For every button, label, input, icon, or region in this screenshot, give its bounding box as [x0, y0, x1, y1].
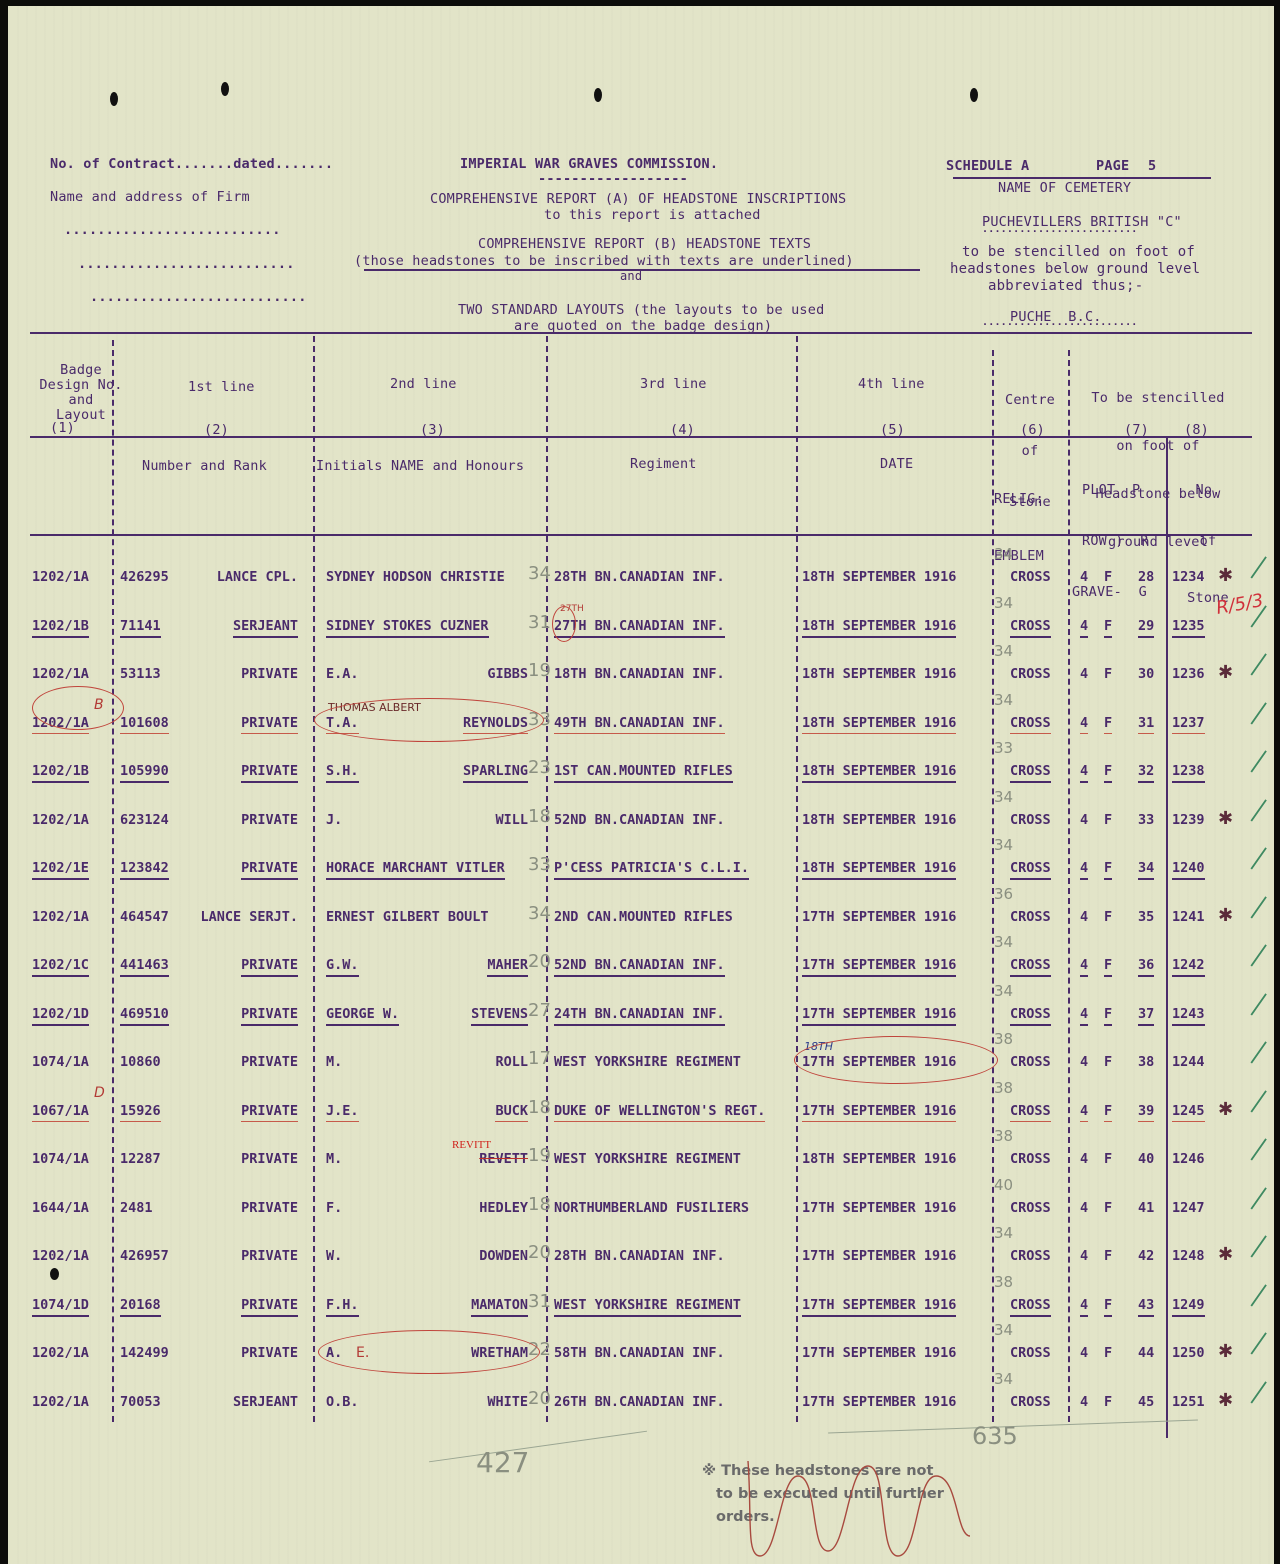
ring-name-row4 [314, 698, 544, 742]
pencil-emblem-note: 38 [994, 1079, 1013, 1097]
pencil-note: 17 [528, 1048, 551, 1069]
cell-regiment: WEST YORKSHIRE REGIMENT [554, 1297, 741, 1317]
cell-stone: 1239 [1172, 812, 1205, 828]
stencil-note-1: to be stencilled on foot of [962, 244, 1195, 260]
cell-regiment: 27TH BN.CANADIAN INF. [554, 618, 725, 638]
layouts-line1: TWO STANDARD LAYOUTS (the layouts to be … [458, 302, 824, 318]
cell-date: 17TH SEPTEMBER 1916 [802, 1248, 956, 1264]
cell-initials: W. [326, 1248, 342, 1264]
cell-regiment: 58TH BN.CANADIAN INF. [554, 1345, 725, 1361]
table-row: 1202/1A101608PRIVATET.A.REYNOLDS49TH BN.… [8, 715, 1274, 745]
cell-badge: 1074/1A [32, 1054, 89, 1070]
table-row: 1202/1E123842PRIVATEHORACE MARCHANT VITL… [8, 860, 1274, 890]
star-mark-icon: ✱ [1218, 1099, 1233, 1120]
cell-plot: 4 [1080, 957, 1088, 977]
cell-row: F [1104, 1297, 1112, 1317]
cell-number: 426957 [120, 1248, 169, 1264]
table-row: 1074/1A10860PRIVATEM.ROLLWEST YORKSHIRE … [8, 1054, 1274, 1084]
cell-date: 17TH SEPTEMBER 1916 [802, 1345, 956, 1361]
cell-rank: PRIVATE [241, 1054, 298, 1070]
cell-regiment: P'CESS PATRICIA'S C.L.I. [554, 860, 749, 880]
cell-badge: 1202/1A [32, 666, 89, 682]
cell-rank: PRIVATE [241, 1151, 298, 1167]
cell-plot: 4 [1080, 1248, 1088, 1264]
pencil-emblem-note: 40 [994, 1176, 1013, 1194]
cell-emblem: CROSS [1010, 1345, 1051, 1361]
pencil-emblem-note: 33 [994, 739, 1013, 757]
cell-plot: 4 [1080, 1345, 1088, 1361]
cell-badge: 1644/1A [32, 1200, 89, 1216]
cell-grave: 37 [1138, 1006, 1154, 1026]
cell-stone: 1250 [1172, 1345, 1205, 1361]
cell-plot: 4 [1080, 1200, 1088, 1216]
cell-badge: 1202/1B [32, 763, 89, 783]
pencil-emblem-note: 34 [994, 1321, 1013, 1339]
cell-row: F [1104, 860, 1112, 880]
pencil-emblem-note: 34 [994, 594, 1013, 612]
pencil-emblem-note: 34 [994, 836, 1013, 854]
pencil-emblem-note: 38 [994, 1127, 1013, 1145]
cell-date: 17TH SEPTEMBER 1916 [802, 1103, 956, 1122]
pencil-note: 19 [528, 660, 551, 681]
cell-date: 18TH SEPTEMBER 1916 [802, 1151, 956, 1167]
cell-initials: SYDNEY HODSON CHRISTIE [326, 569, 505, 585]
cell-number: 623124 [120, 812, 169, 828]
col5-title: 4th line [858, 376, 925, 392]
pencil-emblem-note: 34 [994, 1224, 1013, 1242]
commission-title: IMPERIAL WAR GRAVES COMMISSION. [460, 156, 840, 172]
cell-row: F [1104, 1006, 1112, 1026]
cell-stone: 1245 [1172, 1103, 1205, 1122]
cell-emblem: CROSS [1010, 1200, 1051, 1216]
cell-number: 71141 [120, 618, 161, 638]
cell-row: F [1104, 569, 1112, 585]
ring-badge-row4 [32, 686, 124, 730]
cell-plot: 4 [1080, 715, 1088, 734]
cell-surname: MAHER [487, 957, 528, 977]
cell-rank: PRIVATE [241, 1248, 298, 1264]
pencil-emblem-note: 34 [994, 691, 1013, 709]
cell-initials: SIDNEY STOKES CUZNER [326, 618, 489, 638]
cell-plot: 4 [1080, 763, 1088, 783]
punch-hole [970, 88, 978, 102]
stencil-note-2: headstones below ground level [950, 261, 1200, 277]
cell-badge: 1067/1A [32, 1103, 89, 1122]
cell-badge: 1202/1B [32, 618, 89, 638]
table-row: 1644/1A2481PRIVATEF.HEDLEYNORTHUMBERLAND… [8, 1200, 1274, 1230]
cell-plot: 4 [1080, 618, 1088, 638]
ring-27th [552, 606, 576, 642]
cell-rank: PRIVATE [241, 1200, 298, 1216]
cell-emblem: CROSS [1010, 957, 1051, 977]
pencil-emblem-note: 38 [994, 1030, 1013, 1048]
cell-badge: 1202/1A [32, 1248, 89, 1264]
star-mark-icon: ✱ [1218, 565, 1233, 586]
cell-stone: 1251 [1172, 1394, 1205, 1410]
and-word: and [620, 269, 642, 283]
cell-initials: M. [326, 1151, 342, 1167]
star-mark-icon: ✱ [1218, 808, 1233, 829]
cell-initials: S.H. [326, 763, 359, 783]
contract-line: No. of Contract.......dated....... [50, 156, 333, 172]
cell-badge: 1074/1A [32, 1151, 89, 1167]
cell-regiment: WEST YORKSHIRE REGIMENT [554, 1054, 741, 1070]
cell-grave: 39 [1138, 1103, 1154, 1122]
abbreviation-dots: ......................... [982, 317, 1138, 328]
cell-row: F [1104, 1248, 1112, 1264]
cell-surname: GIBBS [487, 666, 528, 682]
cell-stone: 1248 [1172, 1248, 1205, 1264]
pencil-emblem-note: 34 [994, 545, 1013, 563]
cell-regiment: 2ND CAN.MOUNTED RIFLES [554, 909, 733, 925]
cell-plot: 4 [1080, 1054, 1088, 1070]
cell-surname: SPARLING [463, 763, 528, 783]
cell-row: F [1104, 957, 1112, 977]
cell-grave: 30 [1138, 666, 1154, 682]
schedule-label: SCHEDULE A [946, 158, 1029, 174]
cell-row: F [1104, 1394, 1112, 1410]
cell-date: 18TH SEPTEMBER 1916 [802, 715, 956, 734]
cell-badge: 1202/1D [32, 1006, 89, 1026]
cell-emblem: CROSS [1010, 1054, 1051, 1070]
pencil-note: 20 [528, 1388, 551, 1409]
cell-plot: 4 [1080, 1151, 1088, 1167]
table-top-rule [30, 332, 1252, 334]
pencil-note: 18 [528, 806, 551, 827]
cell-regiment: NORTHUMBERLAND FUSILIERS [554, 1200, 749, 1216]
badge-correction: D [94, 1085, 105, 1101]
cell-rank: PRIVATE [241, 957, 298, 977]
cell-regiment: 52ND BN.CANADIAN INF. [554, 957, 725, 977]
col3-number: (3) [420, 422, 445, 438]
pencil-total-right: 635 [972, 1422, 1018, 1450]
cell-initials: E.A. [326, 666, 359, 682]
cell-surname: MAMATON [471, 1297, 528, 1317]
cell-stone: 1249 [1172, 1297, 1205, 1317]
pencil-emblem-note: 34 [994, 788, 1013, 806]
cell-initials: M. [326, 1054, 342, 1070]
cell-initials: G.W. [326, 957, 359, 977]
cell-grave: 35 [1138, 909, 1154, 925]
handwritten-correction: REVITT [452, 1139, 491, 1151]
cell-date: 17TH SEPTEMBER 1916 [802, 957, 956, 977]
punch-hole [594, 88, 602, 102]
cell-stone: 1243 [1172, 1006, 1205, 1026]
pencil-total-rule-left [429, 1431, 647, 1463]
cell-regiment: 28TH BN.CANADIAN INF. [554, 569, 725, 585]
col5-subtitle: DATE [880, 456, 913, 472]
cell-surname: WILL [495, 812, 528, 828]
col3-subtitle: Initials NAME and Honours [316, 458, 524, 474]
star-mark-icon: ✱ [1218, 905, 1233, 926]
report-b-line1: COMPREHENSIVE REPORT (B) HEADSTONE TEXTS [478, 236, 811, 252]
cell-number: 469510 [120, 1006, 169, 1026]
table-row: 1202/1A426957PRIVATEW.DOWDEN28TH BN.CANA… [8, 1248, 1274, 1278]
cell-plot: 4 [1080, 666, 1088, 682]
cell-emblem: CROSS [1010, 1006, 1051, 1026]
cemetery-label: NAME OF CEMETERY [998, 180, 1131, 196]
cell-stone: 1235 [1172, 618, 1205, 638]
cell-rank: PRIVATE [241, 1297, 298, 1317]
pencil-note: 20 [528, 1242, 551, 1263]
cell-plot: 4 [1080, 569, 1088, 585]
cell-regiment: 52ND BN.CANADIAN INF. [554, 812, 725, 828]
report-a-line2: to this report is attached [544, 207, 761, 223]
punch-hole [221, 82, 229, 96]
cell-plot: 4 [1080, 1006, 1088, 1026]
cell-row: F [1104, 1103, 1112, 1122]
cell-surname: BUCK [495, 1103, 528, 1122]
col4-number: (4) [670, 422, 695, 438]
cell-initials: O.B. [326, 1394, 359, 1410]
cell-number: 105990 [120, 763, 169, 783]
cell-emblem: CROSS [1010, 812, 1051, 828]
col2-subtitle: Number and Rank [142, 458, 267, 474]
schedule-rule [953, 177, 1211, 179]
cell-stone: 1237 [1172, 715, 1205, 734]
col2-title: 1st line [188, 379, 255, 395]
cell-stone: 1234 [1172, 569, 1205, 585]
cell-grave: 36 [1138, 957, 1154, 977]
cell-stone: 1242 [1172, 957, 1205, 977]
cell-row: F [1104, 1200, 1112, 1216]
cell-date: 18TH SEPTEMBER 1916 [802, 618, 956, 638]
cell-surname: ROLL [495, 1054, 528, 1070]
cell-grave: 32 [1138, 763, 1154, 783]
cell-grave: 29 [1138, 618, 1154, 638]
star-mark-icon: ✱ [1218, 1390, 1233, 1411]
cell-number: 464547 [120, 909, 169, 925]
cell-grave: 31 [1138, 715, 1154, 734]
cell-rank: PRIVATE [241, 1103, 298, 1122]
cell-number: 15926 [120, 1103, 161, 1122]
cell-stone: 1236 [1172, 666, 1205, 682]
cell-badge: 1202/1A [32, 1394, 89, 1410]
cell-emblem: CROSS [1010, 1394, 1051, 1410]
table-row: 1202/1A426295LANCE CPL.SYDNEY HODSON CHR… [8, 569, 1274, 599]
cell-date: 18TH SEPTEMBER 1916 [802, 860, 956, 880]
cell-date: 17TH SEPTEMBER 1916 [802, 1297, 956, 1317]
ring-date-row11 [794, 1036, 998, 1084]
cell-emblem: CROSS [1010, 909, 1051, 925]
col3-title: 2nd line [390, 376, 457, 392]
cell-initials: HORACE MARCHANT VITLER [326, 860, 505, 880]
page-label: PAGE [1096, 158, 1129, 174]
pencil-note: 19 [528, 1145, 551, 1166]
star-mark-icon: ✱ [1218, 662, 1233, 683]
cell-row: F [1104, 1151, 1112, 1167]
cell-row: F [1104, 666, 1112, 682]
cell-number: 426295 [120, 569, 169, 585]
cell-badge: 1202/1A [32, 1345, 89, 1361]
col5-number: (5) [880, 422, 905, 438]
cell-surname: REVETT [479, 1151, 528, 1167]
cell-grave: 28 [1138, 569, 1154, 585]
cell-number: 10860 [120, 1054, 161, 1070]
cell-stone: 1240 [1172, 860, 1205, 880]
star-mark-icon: ✱ [1218, 1341, 1233, 1362]
pencil-total-left: 427 [476, 1446, 529, 1479]
red-scribble-cancel-mark [738, 1456, 978, 1564]
cell-emblem: CROSS [1010, 1151, 1051, 1167]
cell-grave: 34 [1138, 860, 1154, 880]
pencil-emblem-note: 38 [994, 1273, 1013, 1291]
cell-grave: 44 [1138, 1345, 1154, 1361]
pencil-note: 34 [528, 903, 551, 924]
cell-rank: PRIVATE [241, 666, 298, 682]
table-row: 1202/1A70053SERJEANTO.B.WHITE26TH BN.CAN… [8, 1394, 1274, 1424]
cell-initials: ERNEST GILBERT BOULT [326, 909, 489, 925]
cell-emblem: CROSS [1010, 715, 1051, 734]
cell-grave: 41 [1138, 1200, 1154, 1216]
cell-row: F [1104, 618, 1112, 638]
cell-plot: 4 [1080, 1297, 1088, 1317]
cell-surname: DOWDEN [479, 1248, 528, 1264]
cell-regiment: 18TH BN.CANADIAN INF. [554, 666, 725, 682]
cell-rank: PRIVATE [241, 860, 298, 880]
firm-address-dots-1: .......................... [64, 222, 281, 238]
document-page: No. of Contract.......dated....... Name … [8, 6, 1274, 1564]
cell-regiment: 49TH BN.CANADIAN INF. [554, 715, 725, 734]
cell-number: 70053 [120, 1394, 161, 1410]
cell-plot: 4 [1080, 909, 1088, 925]
table-row: 1202/1A53113PRIVATEE.A.GIBBS18TH BN.CANA… [8, 666, 1274, 696]
cell-badge: 1202/1A [32, 569, 89, 585]
pencil-note: 34 [528, 563, 551, 584]
cell-rank: PRIVATE [241, 1345, 298, 1361]
cell-badge: 1202/1A [32, 909, 89, 925]
col7-subtitle: PLOT P ROW ) R GRAVE- G [1072, 448, 1149, 635]
pencil-emblem-note: 34 [994, 1370, 1013, 1388]
firm-label: Name and address of Firm [50, 189, 250, 205]
page-number: 5 [1148, 158, 1156, 174]
cell-stone: 1238 [1172, 763, 1205, 783]
pencil-note: 18 [528, 1194, 551, 1215]
table-row: 1074/1D20168PRIVATEF.H.MAMATONWEST YORKS… [8, 1297, 1274, 1327]
cell-number: 2481 [120, 1200, 153, 1216]
pencil-note: 31 [528, 612, 551, 633]
cell-plot: 4 [1080, 1394, 1088, 1410]
cell-regiment: 28TH BN.CANADIAN INF. [554, 1248, 725, 1264]
table-row: 1202/1A623124PRIVATEJ.WILL52ND BN.CANADI… [8, 812, 1274, 842]
table-row: 1074/1A12287PRIVATEM.REVETTWEST YORKSHIR… [8, 1151, 1274, 1181]
cell-initials: GEORGE W. [326, 1006, 399, 1026]
firm-address-dots-2: .......................... [78, 256, 295, 272]
cell-number: 53113 [120, 666, 161, 682]
cell-initials: F. [326, 1200, 342, 1216]
pencil-emblem-note: 34 [994, 933, 1013, 951]
cell-plot: 4 [1080, 1103, 1088, 1122]
cell-badge: 1202/1C [32, 957, 89, 977]
cell-grave: 38 [1138, 1054, 1154, 1070]
cemetery-dots: ......................... [982, 224, 1138, 235]
cell-initials: J. [326, 812, 342, 828]
cell-date: 18TH SEPTEMBER 1916 [802, 666, 956, 682]
cell-number: 123842 [120, 860, 169, 880]
cell-surname: HEDLEY [479, 1200, 528, 1216]
cell-emblem: CROSS [1010, 763, 1051, 783]
report-a-line1: COMPREHENSIVE REPORT (A) OF HEADSTONE IN… [430, 191, 846, 207]
cell-initials: F.H. [326, 1297, 359, 1317]
cell-regiment: 26TH BN.CANADIAN INF. [554, 1394, 725, 1410]
cell-badge: 1202/1A [32, 812, 89, 828]
col4-subtitle: Regiment [630, 456, 697, 472]
cell-rank: LANCE CPL. [217, 569, 298, 585]
cell-row: F [1104, 1345, 1112, 1361]
table-row: 1202/1A142499PRIVATEA.WRETHAM58TH BN.CAN… [8, 1345, 1274, 1375]
cell-date: 17TH SEPTEMBER 1916 [802, 1200, 956, 1216]
star-mark-icon: ✱ [1218, 1244, 1233, 1265]
report-b-line2: (those headstones to be inscribed with t… [354, 253, 854, 269]
cell-number: 441463 [120, 957, 169, 977]
cell-number: 12287 [120, 1151, 161, 1167]
cell-stone: 1247 [1172, 1200, 1205, 1216]
title-rule: ------------------ [538, 171, 688, 187]
cell-row: F [1104, 763, 1112, 783]
cell-date: 17TH SEPTEMBER 1916 [802, 1394, 956, 1410]
cell-date: 17TH SEPTEMBER 1916 [802, 909, 956, 925]
table-row: 1202/1C441463PRIVATEG.W.MAHER52ND BN.CAN… [8, 957, 1274, 987]
cell-regiment: 24TH BN.CANADIAN INF. [554, 1006, 725, 1026]
col7-number: (7) [1124, 422, 1149, 438]
cell-row: F [1104, 909, 1112, 925]
cell-badge: 1202/1E [32, 860, 89, 880]
cell-grave: 33 [1138, 812, 1154, 828]
cell-stone: 1246 [1172, 1151, 1205, 1167]
cell-rank: PRIVATE [241, 1006, 298, 1026]
cell-rank: PRIVATE [241, 715, 298, 734]
pencil-note: 27 [528, 1000, 551, 1021]
cell-plot: 4 [1080, 860, 1088, 880]
cell-emblem: CROSS [1010, 1248, 1051, 1264]
cell-rank: SERJEANT [233, 618, 298, 638]
cell-emblem: CROSS [1010, 860, 1051, 880]
cell-emblem: CROSS [1010, 1103, 1051, 1122]
table-row: 1202/1B71141SERJEANTSIDNEY STOKES CUZNER… [8, 618, 1274, 648]
pencil-note: 20 [528, 951, 551, 972]
cell-regiment: DUKE OF WELLINGTON'S REGT. [554, 1103, 765, 1122]
table-row: 1202/1D469510PRIVATEGEORGE W.STEVENS24TH… [8, 1006, 1274, 1036]
cell-number: 101608 [120, 715, 169, 734]
cell-surname: STEVENS [471, 1006, 528, 1026]
ring-name-row17 [318, 1330, 540, 1374]
cell-number: 20168 [120, 1297, 161, 1317]
pencil-note: 23 [528, 757, 551, 778]
cell-rank: PRIVATE [241, 812, 298, 828]
cell-rank: SERJEANT [233, 1394, 298, 1410]
col6-number: (6) [1020, 422, 1045, 438]
cell-stone: 1241 [1172, 909, 1205, 925]
table-row: 1067/1A15926PRIVATEJ.E.BUCKDUKE OF WELLI… [8, 1103, 1274, 1133]
pencil-note: 18 [528, 1097, 551, 1118]
cell-regiment: WEST YORKSHIRE REGIMENT [554, 1151, 741, 1167]
cell-badge: 1074/1D [32, 1297, 89, 1317]
cell-date: 18TH SEPTEMBER 1916 [802, 763, 956, 783]
cell-grave: 45 [1138, 1394, 1154, 1410]
cell-rank: PRIVATE [241, 763, 298, 783]
cell-date: 18TH SEPTEMBER 1916 [802, 812, 956, 828]
col1-header: Badge Design No. and Layout [26, 363, 136, 423]
pencil-emblem-note: 34 [994, 642, 1013, 660]
cell-initials: J.E. [326, 1103, 359, 1122]
firm-address-dots-3: .......................... [90, 289, 307, 305]
cell-emblem: CROSS [1010, 569, 1051, 585]
table-row: 1202/1A464547LANCE SERJT.ERNEST GILBERT … [8, 909, 1274, 939]
col4-title: 3rd line [640, 376, 707, 392]
table-row: 1202/1B105990PRIVATES.H.SPARLING1ST CAN.… [8, 763, 1274, 793]
cell-regiment: 1ST CAN.MOUNTED RIFLES [554, 763, 733, 783]
cell-grave: 40 [1138, 1151, 1154, 1167]
